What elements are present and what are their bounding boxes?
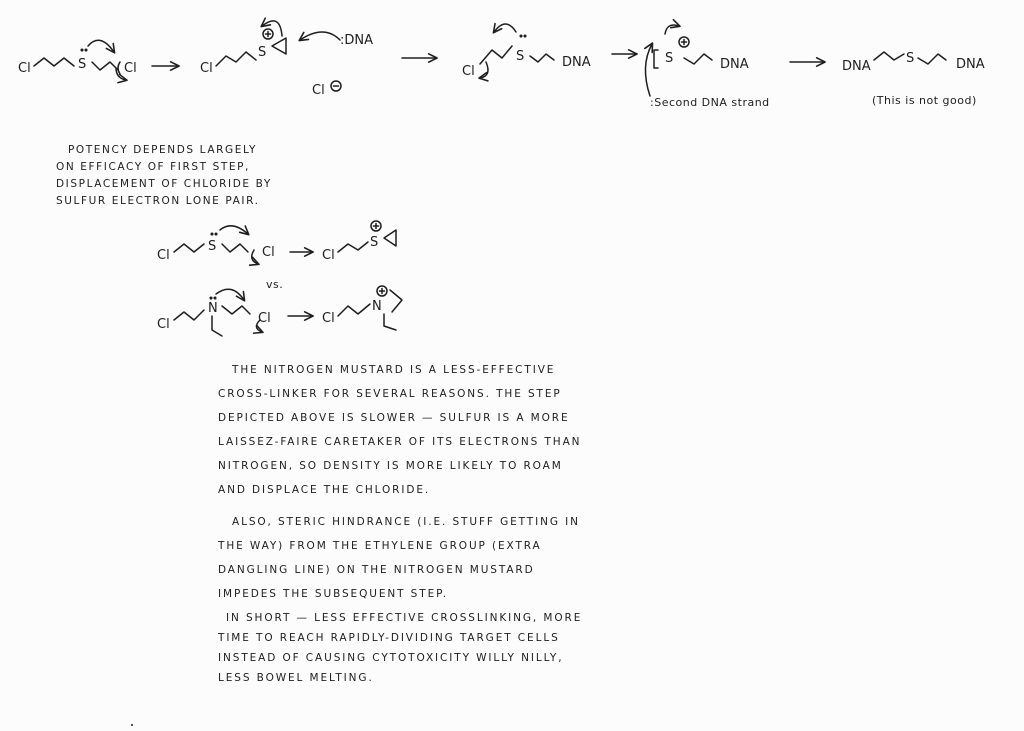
text-line: less bowel melting. [218, 668, 582, 688]
text-line: laissez-faire caretaker of its electrons… [218, 430, 581, 454]
reactant-sulfur-mustard: Cl S Cl [18, 40, 137, 80]
potency-line-4: sulfur electron lone pair. [56, 193, 272, 210]
text-line: nitrogen, so density is more likely to r… [218, 454, 581, 478]
svg-text:Cl: Cl [322, 248, 335, 263]
svg-text:DNA: DNA [562, 55, 591, 70]
versus-label: vs. [266, 278, 283, 291]
potency-line-3: displacement of chloride by [56, 176, 272, 193]
svg-text::DNA: :DNA [340, 33, 373, 48]
text-line: In short — less effective crosslinking, … [218, 608, 582, 628]
svg-text:Cl: Cl [312, 83, 325, 98]
explanation-paragraph-2: Also, steric hindrance (i.e. stuff getti… [218, 510, 580, 606]
text-line: The nitrogen mustard is a less-effective [218, 358, 581, 382]
nitrogen-mustard-row: Cl N Cl Cl N [157, 286, 402, 336]
svg-text:Cl: Cl [322, 311, 335, 326]
svg-text:S: S [208, 239, 216, 254]
second-episulfonium: S DNA :Second DNA strand [645, 25, 769, 109]
explanation-paragraph-3: In short — less effective crosslinking, … [218, 608, 582, 688]
svg-text:Cl: Cl [18, 61, 31, 76]
episulfonium-intermediate: Cl S :DNA Cl [200, 21, 373, 98]
ink-speck [131, 724, 133, 726]
svg-text:Cl: Cl [157, 248, 170, 263]
text-line: Also, steric hindrance (i.e. stuff getti… [218, 510, 580, 534]
svg-text:Cl: Cl [258, 311, 271, 326]
svg-text:S: S [370, 235, 378, 250]
svg-text:S: S [258, 45, 266, 60]
svg-text::Second DNA strand: :Second DNA strand [650, 96, 770, 109]
text-line: time to reach rapidly-dividing target ce… [218, 628, 582, 648]
potency-line-2: on efficacy of first step, [56, 159, 272, 176]
svg-text:Cl: Cl [157, 317, 170, 332]
svg-text:S: S [78, 57, 86, 72]
svg-text:Cl: Cl [462, 64, 475, 79]
text-line: instead of causing cytotoxicity willy ni… [218, 648, 582, 668]
text-line: and displace the chloride. [218, 478, 581, 502]
text-line: depicted above is slower — sulfur is a m… [218, 406, 581, 430]
svg-text:Cl: Cl [124, 61, 137, 76]
svg-text:S: S [665, 51, 673, 66]
sulfur-mustard-row: Cl S Cl Cl S [157, 221, 396, 264]
svg-text:DNA: DNA [842, 59, 871, 74]
text-line: impedes the subsequent step. [218, 582, 580, 606]
svg-text:Cl: Cl [200, 61, 213, 76]
potency-note: Potency depends largely on efficacy of f… [56, 142, 272, 210]
svg-text:(This is not good): (This is not good) [872, 94, 977, 107]
svg-text:S: S [906, 51, 914, 66]
svg-text:S: S [516, 49, 524, 64]
svg-text:Cl: Cl [262, 245, 275, 260]
text-line: the way) from the ethylene group (extra [218, 534, 580, 558]
potency-line-1: Potency depends largely [56, 142, 272, 159]
text-line: dangling line) on the nitrogen mustard [218, 558, 580, 582]
crosslinked-dna-product: DNA S DNA (This is not good) [842, 51, 985, 107]
svg-text:N: N [372, 299, 382, 314]
svg-text:DNA: DNA [720, 57, 749, 72]
text-line: cross-linker for several reasons. The st… [218, 382, 581, 406]
svg-text:DNA: DNA [956, 57, 985, 72]
mono-alkylated-dna: Cl S DNA [462, 24, 591, 79]
explanation-paragraph-1: The nitrogen mustard is a less-effective… [218, 358, 581, 502]
notebook-page: Cl S Cl Cl S :DNA Cl Cl [0, 0, 1024, 731]
svg-text:N: N [208, 301, 218, 316]
